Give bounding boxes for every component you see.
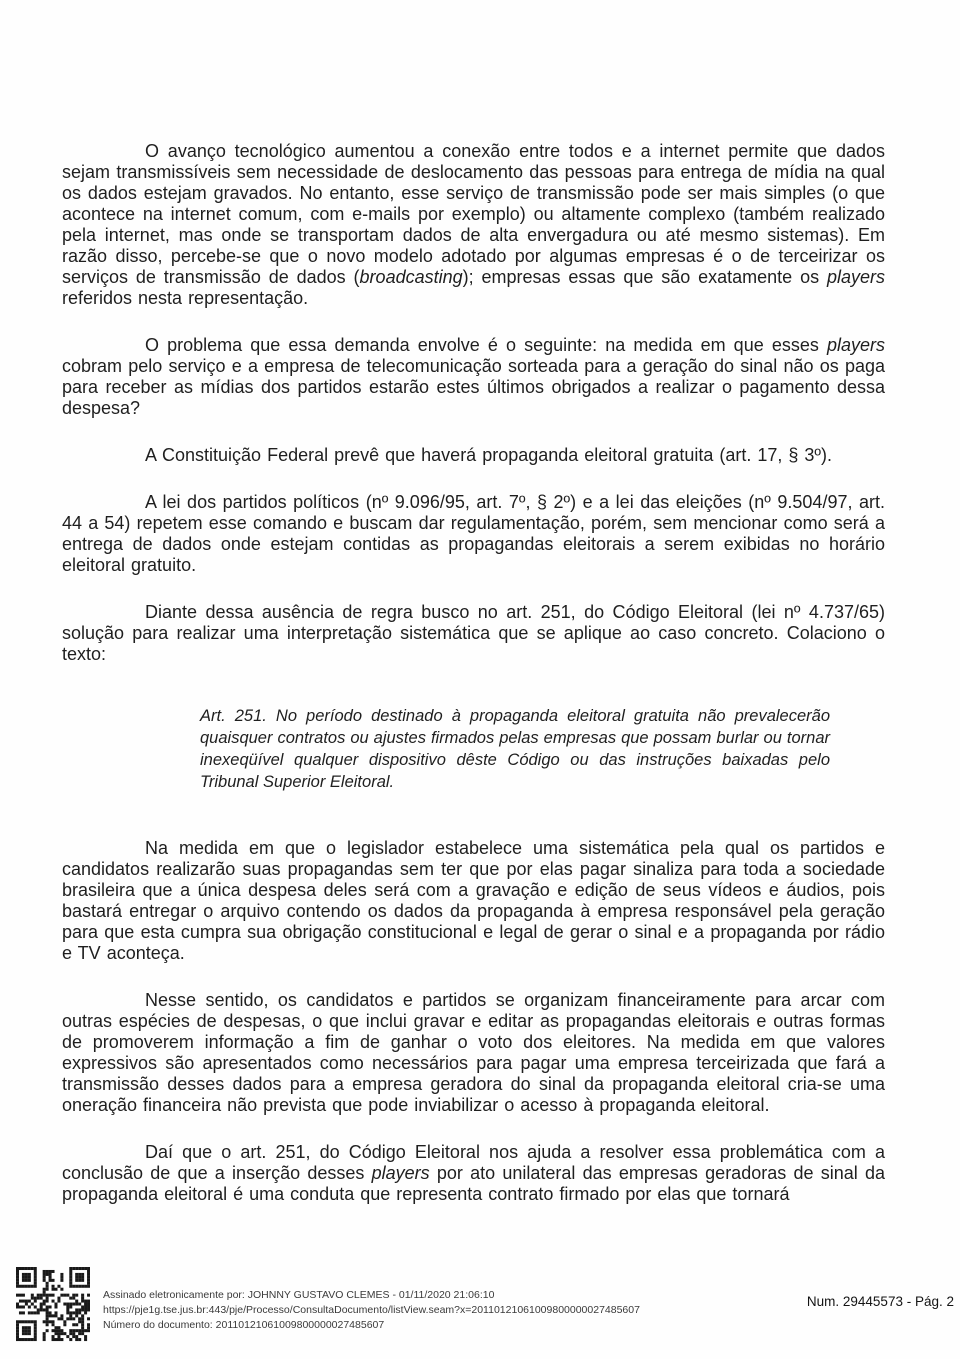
paragraph: Nesse sentido, os candidatos e partidos … [62, 990, 885, 1116]
paragraph: O problema que essa demanda envolve é o … [62, 335, 885, 419]
paragraph: A Constituição Federal prevê que haverá … [62, 445, 885, 466]
document-url-line: https://pje1g.tse.jus.br:443/pje/Process… [103, 1303, 640, 1318]
paragraph: Na medida em que o legislador estabelece… [62, 838, 885, 964]
paragraph: O avanço tecnológico aumentou a conexão … [62, 141, 885, 309]
paragraph: A lei dos partidos políticos (nº 9.096/9… [62, 492, 885, 576]
paragraph: Daí que o art. 251, do Código Eleitoral … [62, 1142, 885, 1205]
legal-quote: Art. 251. No período destinado à propaga… [200, 705, 830, 793]
signature-line: Assinado eletronicamente por: JOHNNY GUS… [103, 1288, 640, 1303]
signature-block: Assinado eletronicamente por: JOHNNY GUS… [103, 1288, 640, 1333]
document-page: O avanço tecnológico aumentou a conexão … [0, 0, 960, 1359]
document-body: O avanço tecnológico aumentou a conexão … [62, 141, 885, 1231]
document-number-line: Número do documento: 2011012106100980000… [103, 1318, 640, 1333]
qr-code-icon [16, 1266, 90, 1342]
page-number: Num. 29445573 - Pág. 2 [807, 1294, 954, 1309]
qr-code-svg [16, 1266, 90, 1342]
paragraph: Diante dessa ausência de regra busco no … [62, 602, 885, 665]
